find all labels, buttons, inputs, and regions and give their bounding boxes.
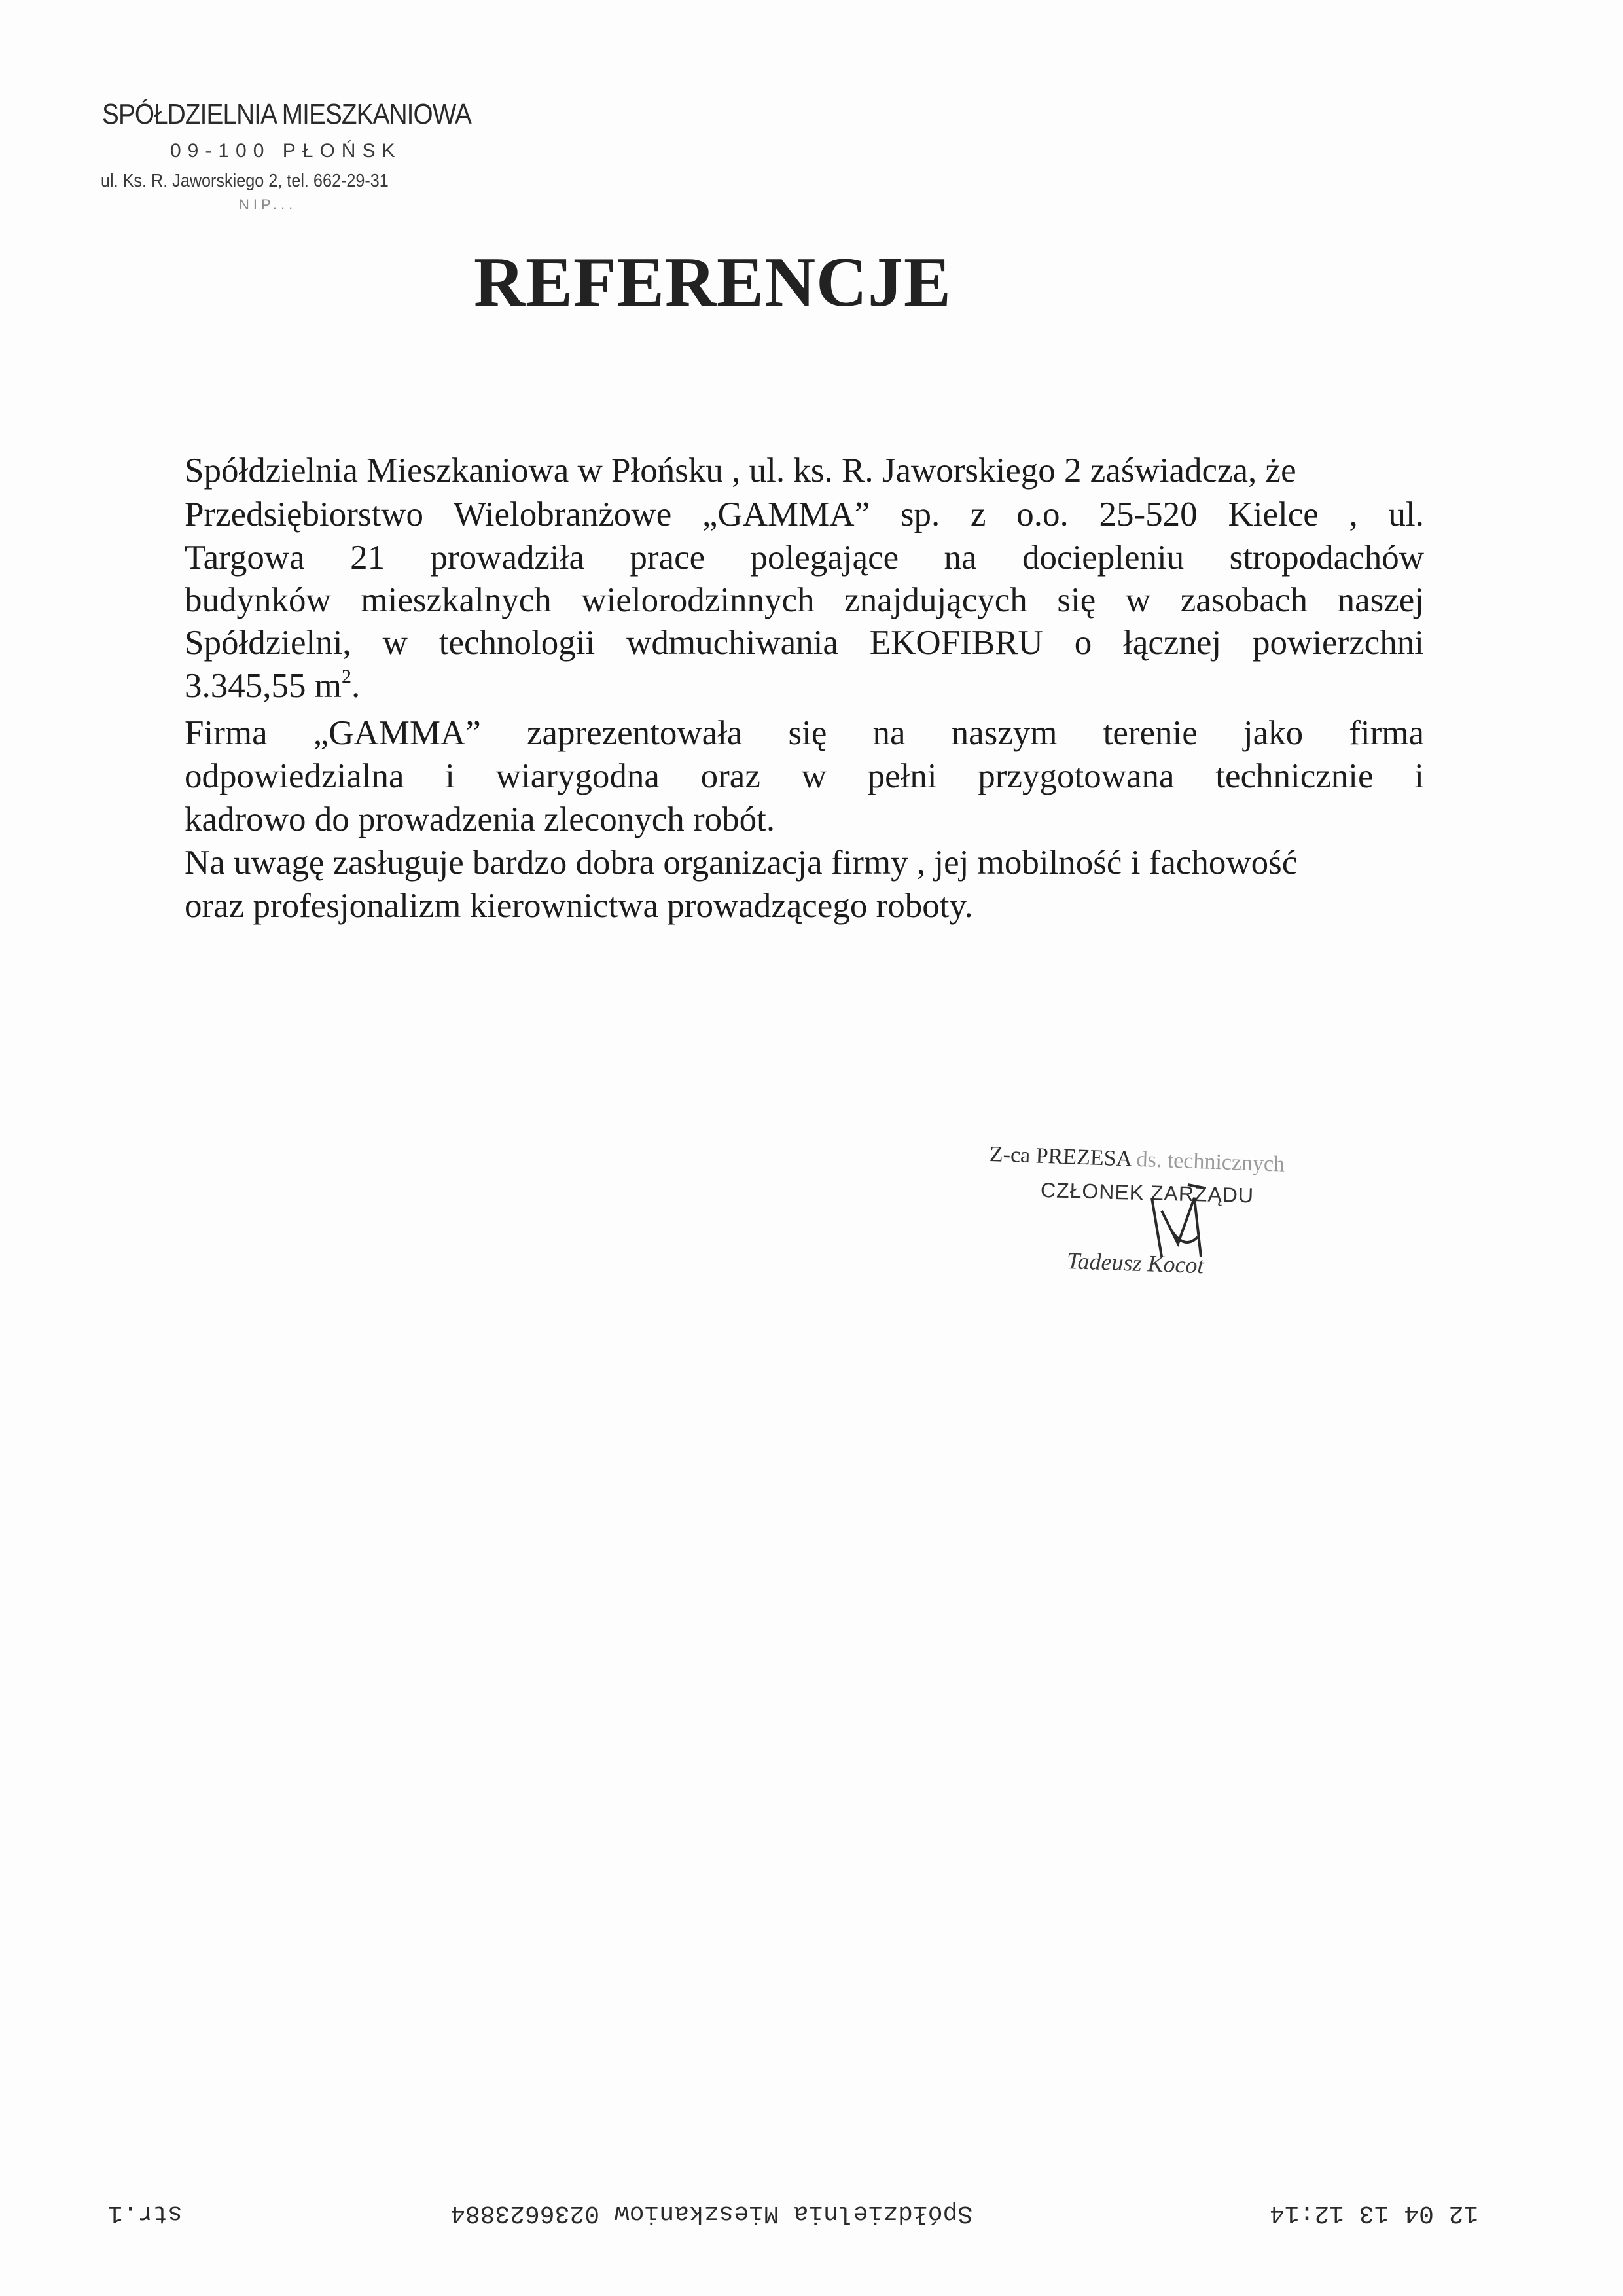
area-unit-superscript: 2	[342, 666, 351, 687]
signature-role-prefix: Z-ca PREZESA	[989, 1142, 1131, 1172]
body-line: Firma „GAMMA” zaprezentowała się na nasz…	[185, 716, 1424, 751]
body-line: Spółdzielni, w technologii wdmuchiwania …	[185, 626, 1424, 660]
fax-datetime: 12 04 13 12:14	[1270, 2199, 1478, 2227]
stamp-registration: NIP...	[239, 196, 296, 213]
body-line: odpowiedzialna i wiarygodna oraz w pełni…	[185, 759, 1424, 794]
area-suffix: .	[351, 667, 360, 705]
signatory-name: Tadeusz Kocot	[1066, 1247, 1204, 1279]
body-line: Spółdzielnia Mieszkaniowa w Płońsku , ul…	[185, 454, 1424, 488]
body-line: Przedsiębiorstwo Wielobranżowe „GAMMA” s…	[185, 497, 1424, 532]
body-line: budynków mieszkalnych wielorodzinnych zn…	[185, 583, 1424, 618]
stamp-company-name: SPÓŁDZIELNIA MIESZKANIOWA	[102, 98, 471, 131]
body-line: kadrowo do prowadzenia zleconych robót.	[185, 802, 1424, 837]
area-value: 3.345,55 m	[185, 667, 342, 705]
document-title: REFERENCJE	[474, 242, 952, 323]
document-page: SPÓŁDZIELNIA MIESZKANIOWA 09-100 PŁOŃSK …	[0, 0, 1623, 2296]
fax-page-number: str.1	[108, 2199, 183, 2227]
body-line: oraz profesjonalizm kierownictwa prowadz…	[185, 889, 1424, 924]
body-line: Targowa 21 prowadziła prace polegające n…	[185, 541, 1424, 575]
stamp-postal-city: 09-100 PŁOŃSK	[170, 140, 401, 162]
fax-sender: Spółdzielnia Mieszkaniow 0236623884	[450, 2199, 972, 2227]
stamp-address: ul. Ks. R. Jaworskiego 2, tel. 662-29-31	[101, 170, 389, 191]
body-line: Na uwagę zasługuje bardzo dobra organiza…	[185, 846, 1424, 880]
body-line-area: 3.345,55 m2.	[185, 669, 1424, 704]
